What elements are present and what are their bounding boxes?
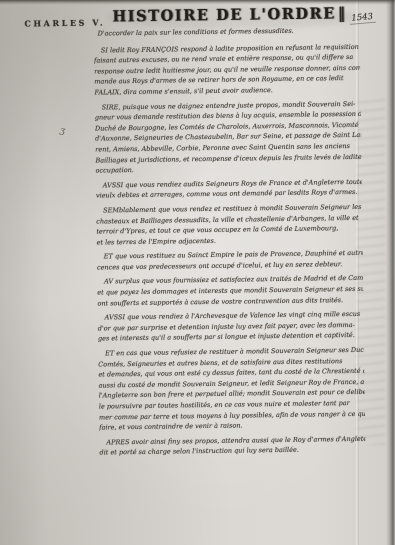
manuscript-paragraph: ET en cas que vous refusiez de restituer… <box>98 345 365 433</box>
manuscript-paragraph: APRES avoir ainsi finy ses propos, atten… <box>99 434 365 459</box>
margin-ink-mark: ʒ <box>59 126 66 137</box>
page-title: HISTOIRE DE L'ORDRE‖ <box>112 5 344 26</box>
scan-edge-right <box>386 0 395 545</box>
manuscript-paragraph: SIRE, puisque vous ne daignez entendre j… <box>95 98 362 176</box>
title-end-mark: ‖ <box>338 4 347 22</box>
page-content: CHARLES V. HISTOIRE DE L'ORDRE‖ 1543 ʒ D… <box>0 0 395 545</box>
manuscript-paragraph: SI ledit Roy FRANÇOIS respond à ladite p… <box>94 41 361 98</box>
manuscript-paragraph: ET que vous restituez au Sainct Empire l… <box>97 248 363 273</box>
running-head: CHARLES V. <box>24 17 105 28</box>
manuscript-line: D'accorder la paix sur les conditions et… <box>98 25 360 39</box>
manuscript-paragraph: AV surplus que vous fournissiez et satis… <box>97 273 363 308</box>
manuscript-paragraph: SEMblablement que vous rendez et restitu… <box>96 202 363 248</box>
folio-number: 1543 <box>349 12 375 25</box>
manuscript-paragraph: AVSSI que vous rendiez à l'Archevesque d… <box>98 309 364 344</box>
manuscript-page-scan: CHARLES V. HISTOIRE DE L'ORDRE‖ 1543 ʒ D… <box>0 0 395 545</box>
page-title-text: HISTOIRE DE L'ORDRE <box>112 5 336 26</box>
manuscript-line: vieulx debtes et arrerages, comme vous o… <box>96 187 362 201</box>
scan-edge-top <box>0 0 395 5</box>
manuscript-line: ges et interests qu'il a soufferts par s… <box>98 330 364 344</box>
manuscript-paragraph: AVSSI que vous rendiez audits Seigneurs … <box>96 177 362 202</box>
manuscript-body: D'accorder la paix sur les conditions et… <box>94 25 366 463</box>
